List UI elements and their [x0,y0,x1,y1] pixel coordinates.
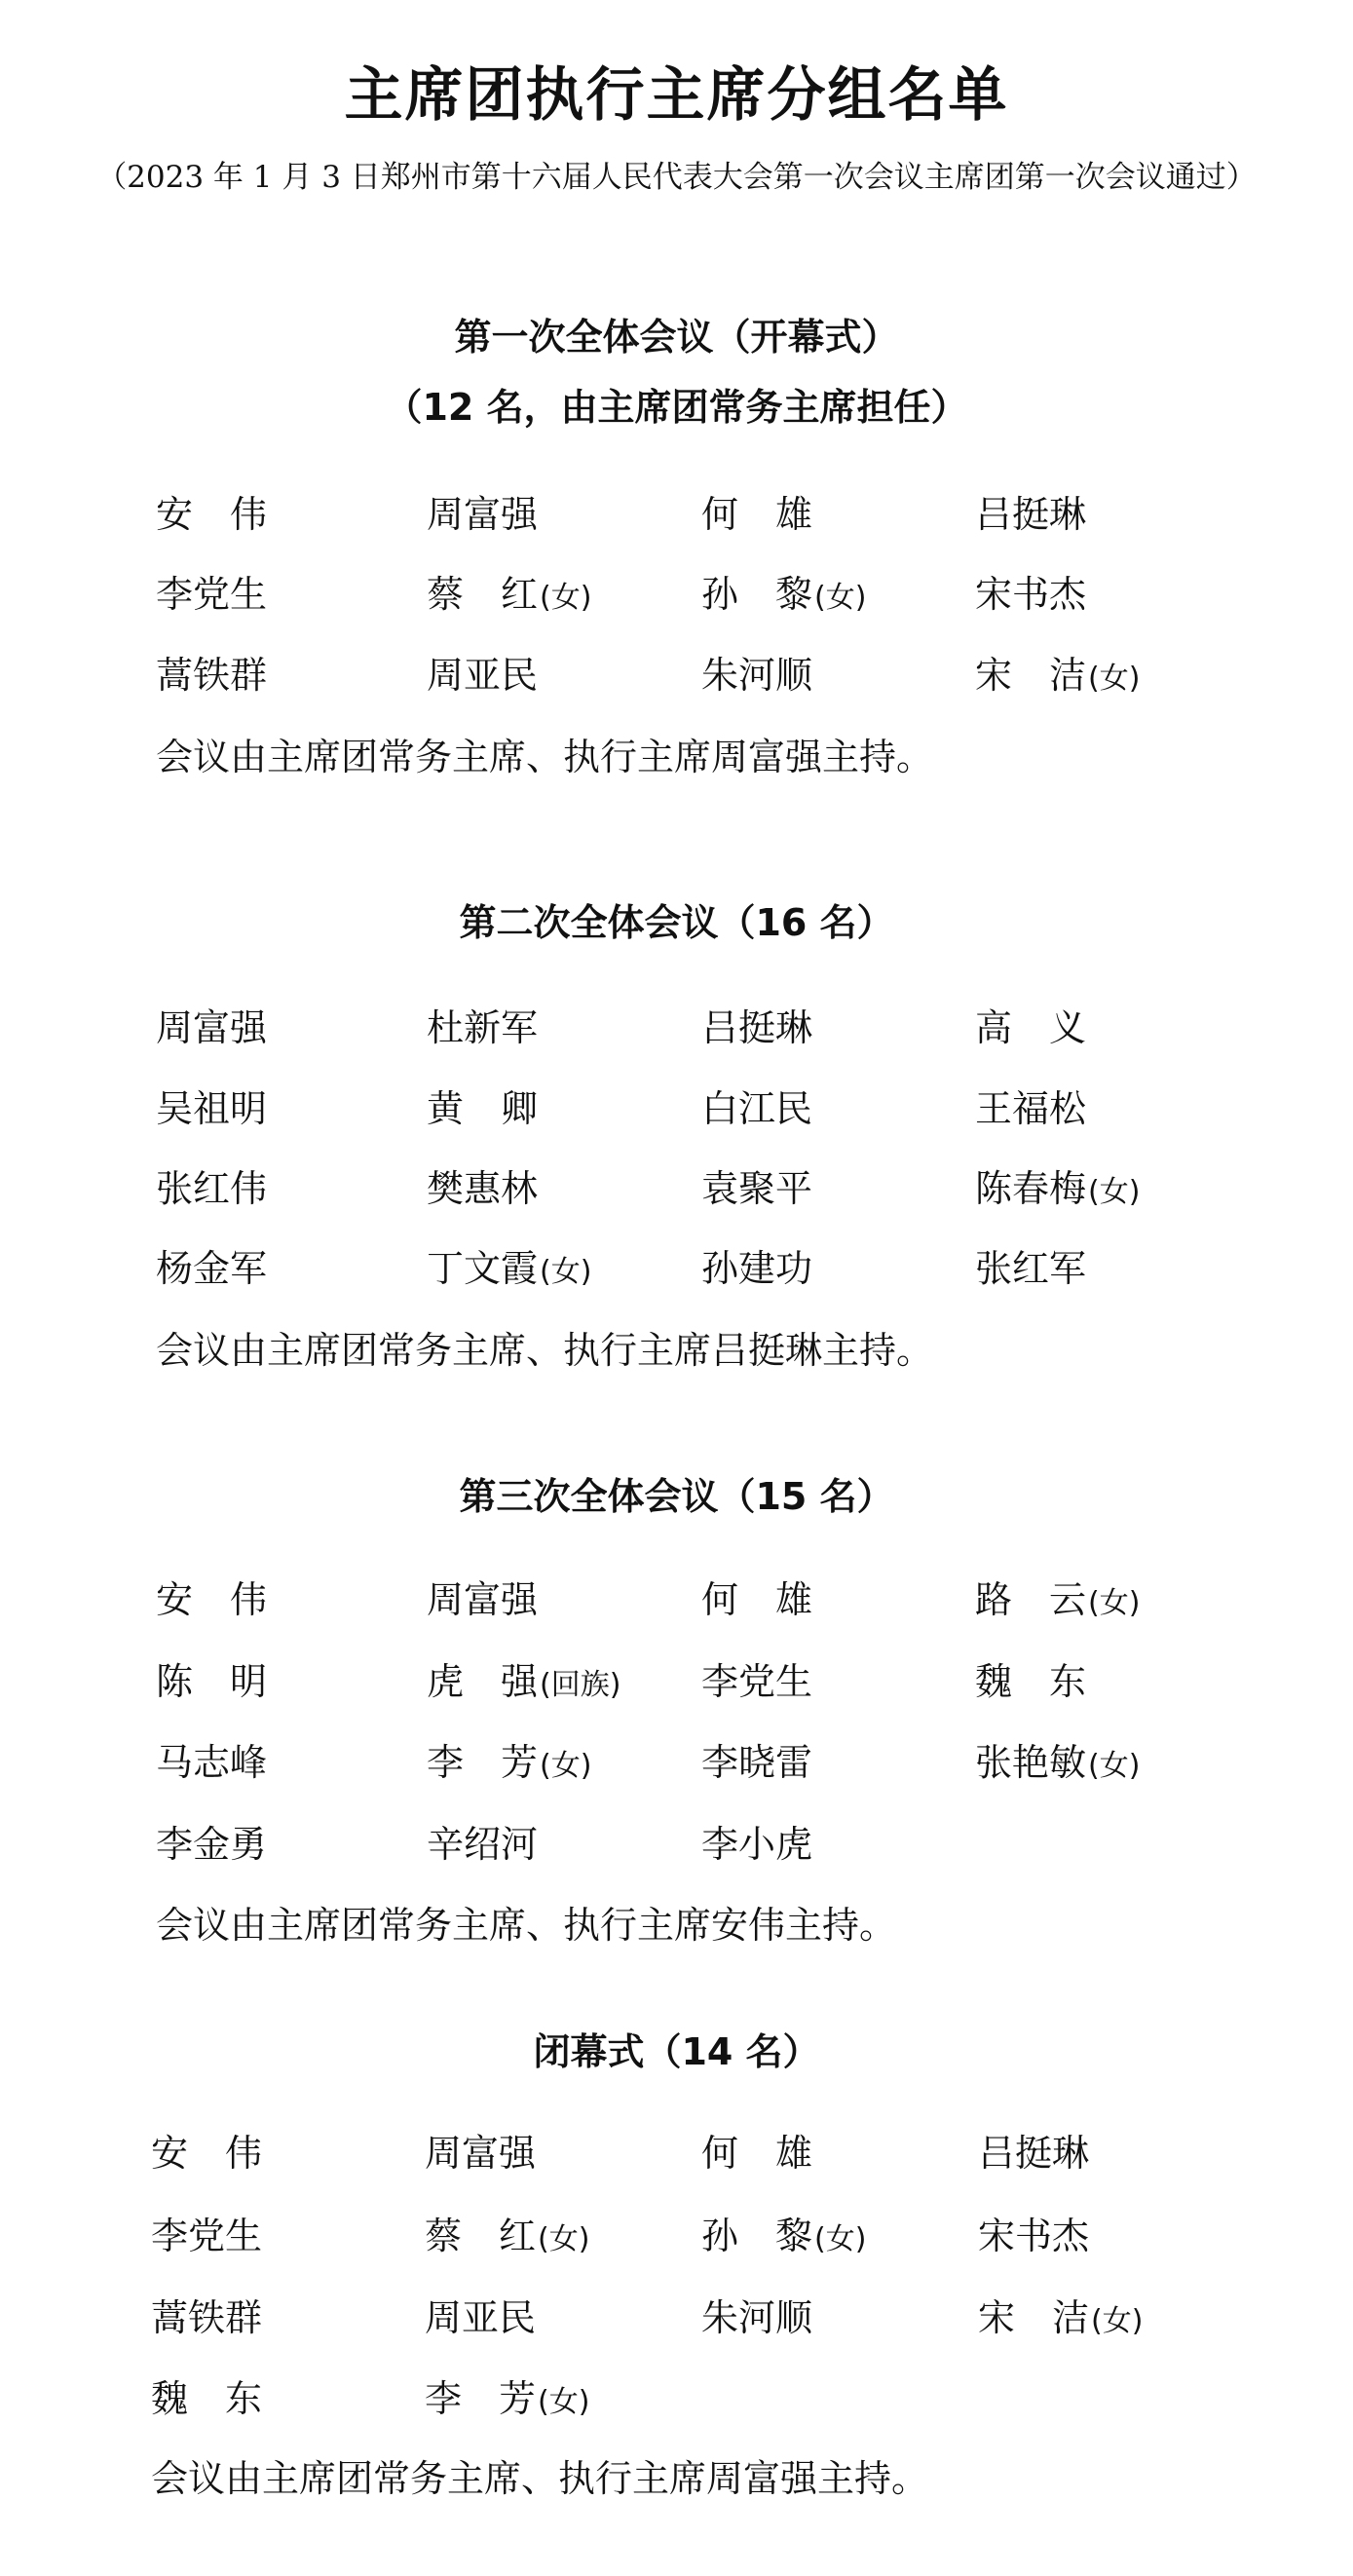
member-name: 李党生 [151,2212,264,2264]
member-name: 蔡 红(女) [427,570,591,623]
section-2-host-note: 会议由主席团常务主席、执行主席吕挺琳主持。 [156,1326,933,1375]
section-closing-host-note: 会议由主席团常务主席、执行主席周富强主持。 [151,2454,928,2503]
member-name: 魏 东 [975,1657,1088,1710]
member-name: 李 芳(女) [425,2374,589,2427]
member-name: 张红军 [975,1244,1088,1297]
member-name: 周富强 [156,1004,269,1056]
section-closing-heading: 闭幕式（14 名） [0,2027,1353,2076]
member-name: 李 芳(女) [427,1738,591,1791]
member-name: 白江民 [701,1084,814,1137]
section-1-host-note: 会议由主席团常务主席、执行主席周富强主持。 [156,733,933,781]
section-3-host-note: 会议由主席团常务主席、执行主席安伟主持。 [156,1901,896,1950]
member-name: 黄 卿 [427,1084,540,1137]
member-name: 朱河顺 [701,651,814,703]
member-name: 虎 强(回族) [427,1657,620,1710]
section-1-heading: 第一次全体会议（开幕式） [0,313,1353,361]
member-name: 宋书杰 [975,570,1088,623]
member-name: 何 雄 [701,490,814,543]
member-name: 樊惠林 [427,1164,540,1217]
member-name: 宋 洁(女) [975,651,1140,703]
member-name: 高 义 [975,1004,1088,1056]
member-name: 陈 明 [156,1657,269,1710]
member-name: 安 伟 [156,1575,269,1628]
member-name: 孙建功 [701,1244,814,1297]
member-name: 丁文霞(女) [427,1244,591,1297]
member-name: 李晓雷 [701,1738,814,1791]
member-name: 李小虎 [701,1820,814,1873]
member-name: 周亚民 [427,651,540,703]
member-name: 蒿铁群 [151,2293,264,2346]
member-name: 陈春梅(女) [975,1164,1140,1217]
member-name: 李金勇 [156,1820,269,1873]
member-name: 朱河顺 [701,2293,814,2346]
member-name: 吕挺琳 [975,490,1088,543]
member-name: 张红伟 [156,1164,269,1217]
member-name: 周富强 [427,490,540,543]
member-name: 吴祖明 [156,1084,269,1137]
member-name: 辛绍河 [427,1820,540,1873]
member-name: 蒿铁群 [156,651,269,703]
member-name: 孙 黎(女) [701,570,866,623]
member-name: 周亚民 [425,2293,538,2346]
member-name: 王福松 [975,1084,1088,1137]
member-name: 安 伟 [156,490,269,543]
member-name: 路 云(女) [975,1575,1140,1628]
section-2-heading: 第二次全体会议（16 名） [0,898,1353,947]
member-name: 袁聚平 [701,1164,814,1217]
member-name: 宋书杰 [978,2212,1091,2264]
member-name: 杜新军 [427,1004,540,1056]
member-name: 杨金军 [156,1244,269,1297]
member-name: 周富强 [425,2129,538,2181]
section-3-heading: 第三次全体会议（15 名） [0,1472,1353,1521]
member-name: 吕挺琳 [978,2129,1091,2181]
member-name: 李党生 [156,570,269,623]
member-name: 周富强 [427,1575,540,1628]
member-name: 吕挺琳 [701,1004,814,1056]
section-1-subheading: （12 名，由主席团常务主席担任） [0,383,1353,432]
member-name: 宋 洁(女) [978,2293,1143,2346]
member-name: 孙 黎(女) [701,2212,866,2264]
member-name: 魏 东 [151,2374,264,2427]
member-name: 蔡 红(女) [425,2212,589,2264]
document-title: 主席团执行主席分组名单 [0,60,1353,131]
member-name: 李党生 [701,1657,814,1710]
document-subtitle: （2023 年 1 月 3 日郑州市第十六届人民代表大会第一次会议主席团第一次会… [0,156,1353,199]
member-name: 何 雄 [701,2129,814,2181]
member-name: 马志峰 [156,1738,269,1791]
member-name: 何 雄 [701,1575,814,1628]
member-name: 安 伟 [151,2129,264,2181]
member-name: 张艳敏(女) [975,1738,1140,1791]
